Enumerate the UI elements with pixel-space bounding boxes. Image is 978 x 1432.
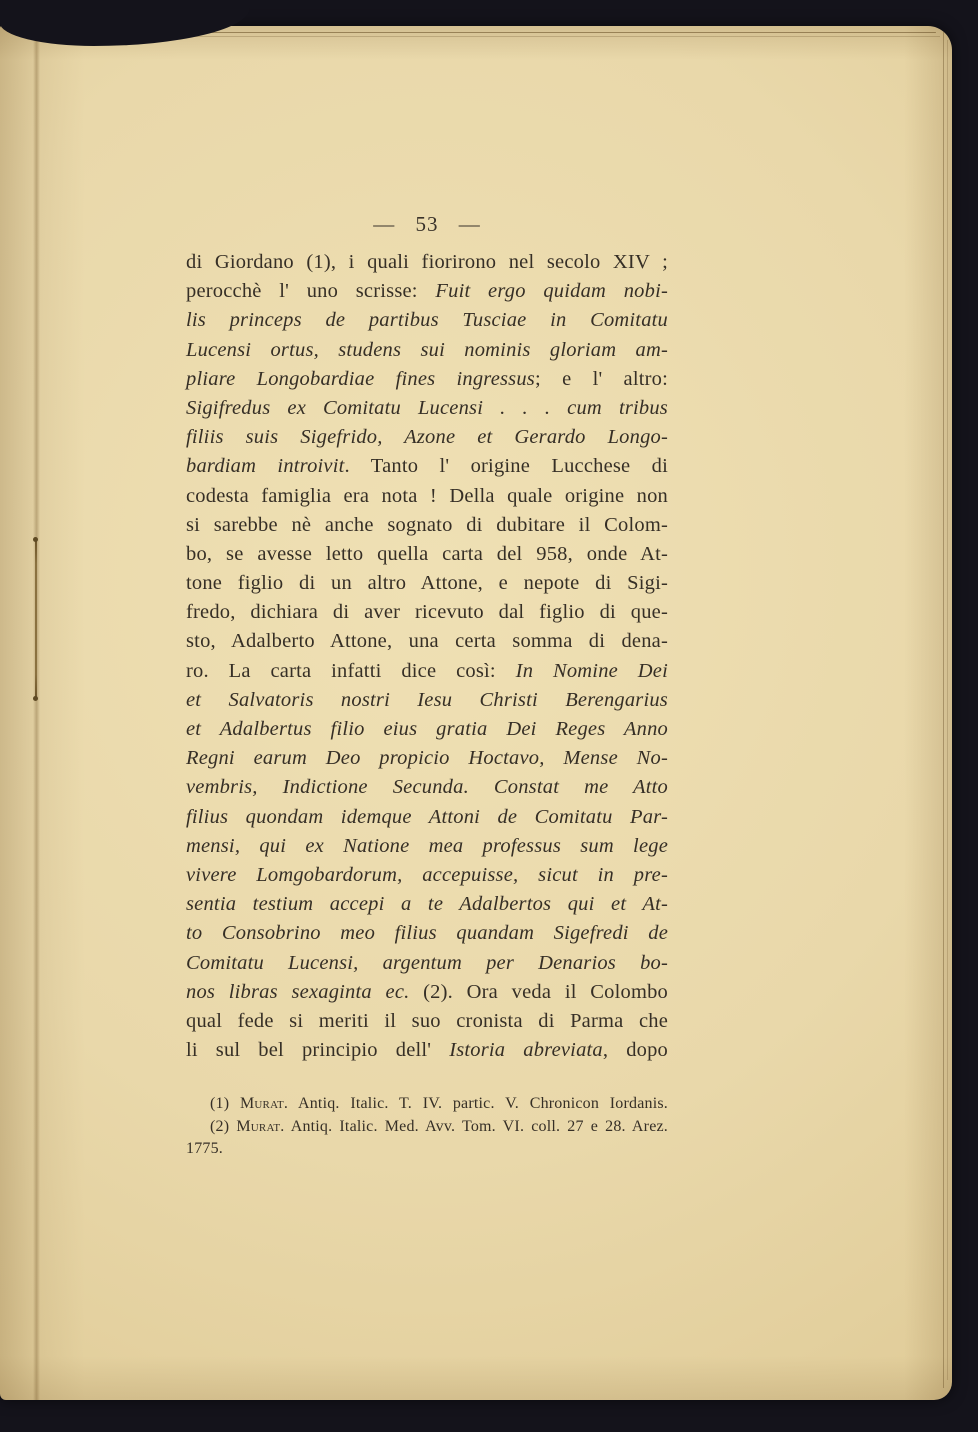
text-segment: In Nomine Dei	[516, 660, 668, 682]
text-line: ro. La carta infatti dice così: In Nomin…	[186, 657, 668, 686]
page-number: — 53 —	[186, 212, 668, 237]
text-line: Sigifredus ex Comitatu Lucensi . . . cum…	[186, 394, 668, 423]
body-text: di Giordano (1), i quali fiorirono nel s…	[186, 248, 668, 1065]
text-line: si sarebbe nè anche sognato di dubitare …	[186, 511, 668, 540]
text-segment: et Salvatoris nostri Iesu Christi Bereng…	[186, 689, 668, 711]
text-segment: Murat.	[236, 1118, 284, 1135]
text-segment: di Giordano (1), i quali fiorirono nel s…	[186, 251, 668, 273]
text-segment: Antiq. Italic. Med. Avv. Tom. VI. coll. …	[285, 1118, 669, 1135]
text-line: (2) Murat. Antiq. Italic. Med. Avv. Tom.…	[186, 1116, 668, 1139]
text-segment: nos libras sexaginta ec.	[186, 981, 409, 1003]
text-line: filiis suis Sigefrido, Azone et Gerardo …	[186, 423, 668, 452]
text-line: nos libras sexaginta ec. (2). Ora veda i…	[186, 978, 668, 1007]
text-segment: pliare Longobardiae fines ingressus	[186, 368, 535, 390]
text-segment: Sigifredus ex Comitatu Lucensi . . . cum…	[186, 397, 668, 419]
text-line: qual fede si meriti il suo cronista di P…	[186, 1007, 668, 1036]
footnotes: (1) Murat. Antiq. Italic. T. IV. partic.…	[186, 1093, 668, 1161]
text-segment: mensi, qui ex Natione mea professus sum …	[186, 835, 668, 857]
text-segment: Murat.	[240, 1095, 288, 1112]
page-stack-edge-right	[943, 32, 944, 1388]
gutter-crease	[33, 26, 40, 1400]
text-line: vivere Lomgobardorum, accepuisse, sicut …	[186, 861, 668, 890]
text-segment: . Tanto l' origine Lucchese di	[345, 455, 668, 477]
text-line: 1775.	[186, 1138, 668, 1161]
text-line: di Giordano (1), i quali fiorirono nel s…	[186, 248, 668, 277]
text-line: sto, Adalberto Attone, una certa somma d…	[186, 627, 668, 656]
text-line: et Adalbertus filio eius gratia Dei Rege…	[186, 715, 668, 744]
text-line: bo, se avesse letto quella carta del 958…	[186, 540, 668, 569]
text-segment: ro. La carta infatti dice così:	[186, 660, 516, 682]
text-segment: bo, se avesse letto quella carta del 958…	[186, 543, 668, 565]
text-line: et Salvatoris nostri Iesu Christi Bereng…	[186, 686, 668, 715]
text-segment: lis princeps de partibus Tusciae in Comi…	[186, 309, 668, 331]
text-line: Regni earum Deo propicio Hoctavo, Mense …	[186, 744, 668, 773]
text-segment: sto, Adalberto Attone, una certa somma d…	[186, 630, 668, 652]
text-line: li sul bel principio dell' Istoria abrev…	[186, 1036, 668, 1065]
text-line: tone figlio di un altro Attone, e nepote…	[186, 569, 668, 598]
text-line: perocchè l' uno scrisse: Fuit ergo quida…	[186, 277, 668, 306]
text-segment: to Consobrino meo filius quandam Sigefre…	[186, 922, 668, 944]
text-segment: Comitatu Lucensi, argentum per Denarios …	[186, 952, 668, 974]
text-line: sentia testium accepi a te Adalbertos qu…	[186, 890, 668, 919]
text-segment: (2). Ora veda il Colombo	[409, 981, 668, 1003]
text-line: vembris, Indictione Secunda. Constat me …	[186, 773, 668, 802]
text-line: Comitatu Lucensi, argentum per Denarios …	[186, 949, 668, 978]
text-segment: (1)	[210, 1095, 240, 1112]
text-segment: tone figlio di un altro Attone, e nepote…	[186, 572, 668, 594]
text-segment: , dopo	[603, 1039, 668, 1061]
text-segment: Antiq. Italic. T. IV. partic. V. Chronic…	[288, 1095, 668, 1112]
text-segment: ; e l' altro:	[535, 368, 668, 390]
text-segment: vivere Lomgobardorum, accepuisse, sicut …	[186, 864, 668, 886]
text-segment: Regni earum Deo propicio Hoctavo, Mense …	[186, 747, 668, 769]
text-segment: filiis suis Sigefrido, Azone et Gerardo …	[186, 426, 668, 448]
text-segment: vembris, Indictione Secunda. Constat me …	[186, 776, 668, 798]
text-segment: si sarebbe nè anche sognato di dubitare …	[186, 514, 668, 536]
text-line: fredo, dichiara di aver ricevuto dal fig…	[186, 598, 668, 627]
text-segment: bardiam introivit	[186, 455, 345, 477]
text-line: lis princeps de partibus Tusciae in Comi…	[186, 306, 668, 335]
text-segment: fredo, dichiara di aver ricevuto dal fig…	[186, 601, 668, 623]
text-segment: Istoria abreviata	[449, 1039, 603, 1061]
text-segment: (2)	[210, 1118, 236, 1135]
text-line: codesta famiglia era nota ! Della quale …	[186, 482, 668, 511]
page-stack-edge-top-2	[110, 36, 940, 37]
binding-thread	[35, 540, 37, 698]
text-segment: filius quondam idemque Attoni de Comitat…	[186, 806, 668, 828]
text-line: filius quondam idemque Attoni de Comitat…	[186, 803, 668, 832]
text-segment: Lucensi ortus, studens sui nominis glori…	[186, 339, 668, 361]
text-line: bardiam introivit. Tanto l' origine Lucc…	[186, 452, 668, 481]
text-line: to Consobrino meo filius quandam Sigefre…	[186, 919, 668, 948]
book-page: — 53 — di Giordano (1), i quali fioriron…	[0, 26, 952, 1400]
text-line: mensi, qui ex Natione mea professus sum …	[186, 832, 668, 861]
page-stack-edge-right-2	[947, 40, 948, 1380]
text-segment: Fuit ergo quidam nobi-	[435, 280, 668, 302]
text-segment: sentia testium accepi a te Adalbertos qu…	[186, 893, 668, 915]
text-segment: et Adalbertus filio eius gratia Dei Rege…	[186, 718, 668, 740]
text-segment: codesta famiglia era nota ! Della quale …	[186, 485, 668, 507]
text-segment: qual fede si meriti il suo cronista di P…	[186, 1010, 668, 1032]
text-line: pliare Longobardiae fines ingressus; e l…	[186, 365, 668, 394]
text-segment: perocchè l' uno scrisse:	[186, 280, 435, 302]
text-line: (1) Murat. Antiq. Italic. T. IV. partic.…	[186, 1093, 668, 1116]
text-line: Lucensi ortus, studens sui nominis glori…	[186, 336, 668, 365]
text-segment: li sul bel principio dell'	[186, 1039, 449, 1061]
text-segment: 1775.	[186, 1140, 223, 1157]
